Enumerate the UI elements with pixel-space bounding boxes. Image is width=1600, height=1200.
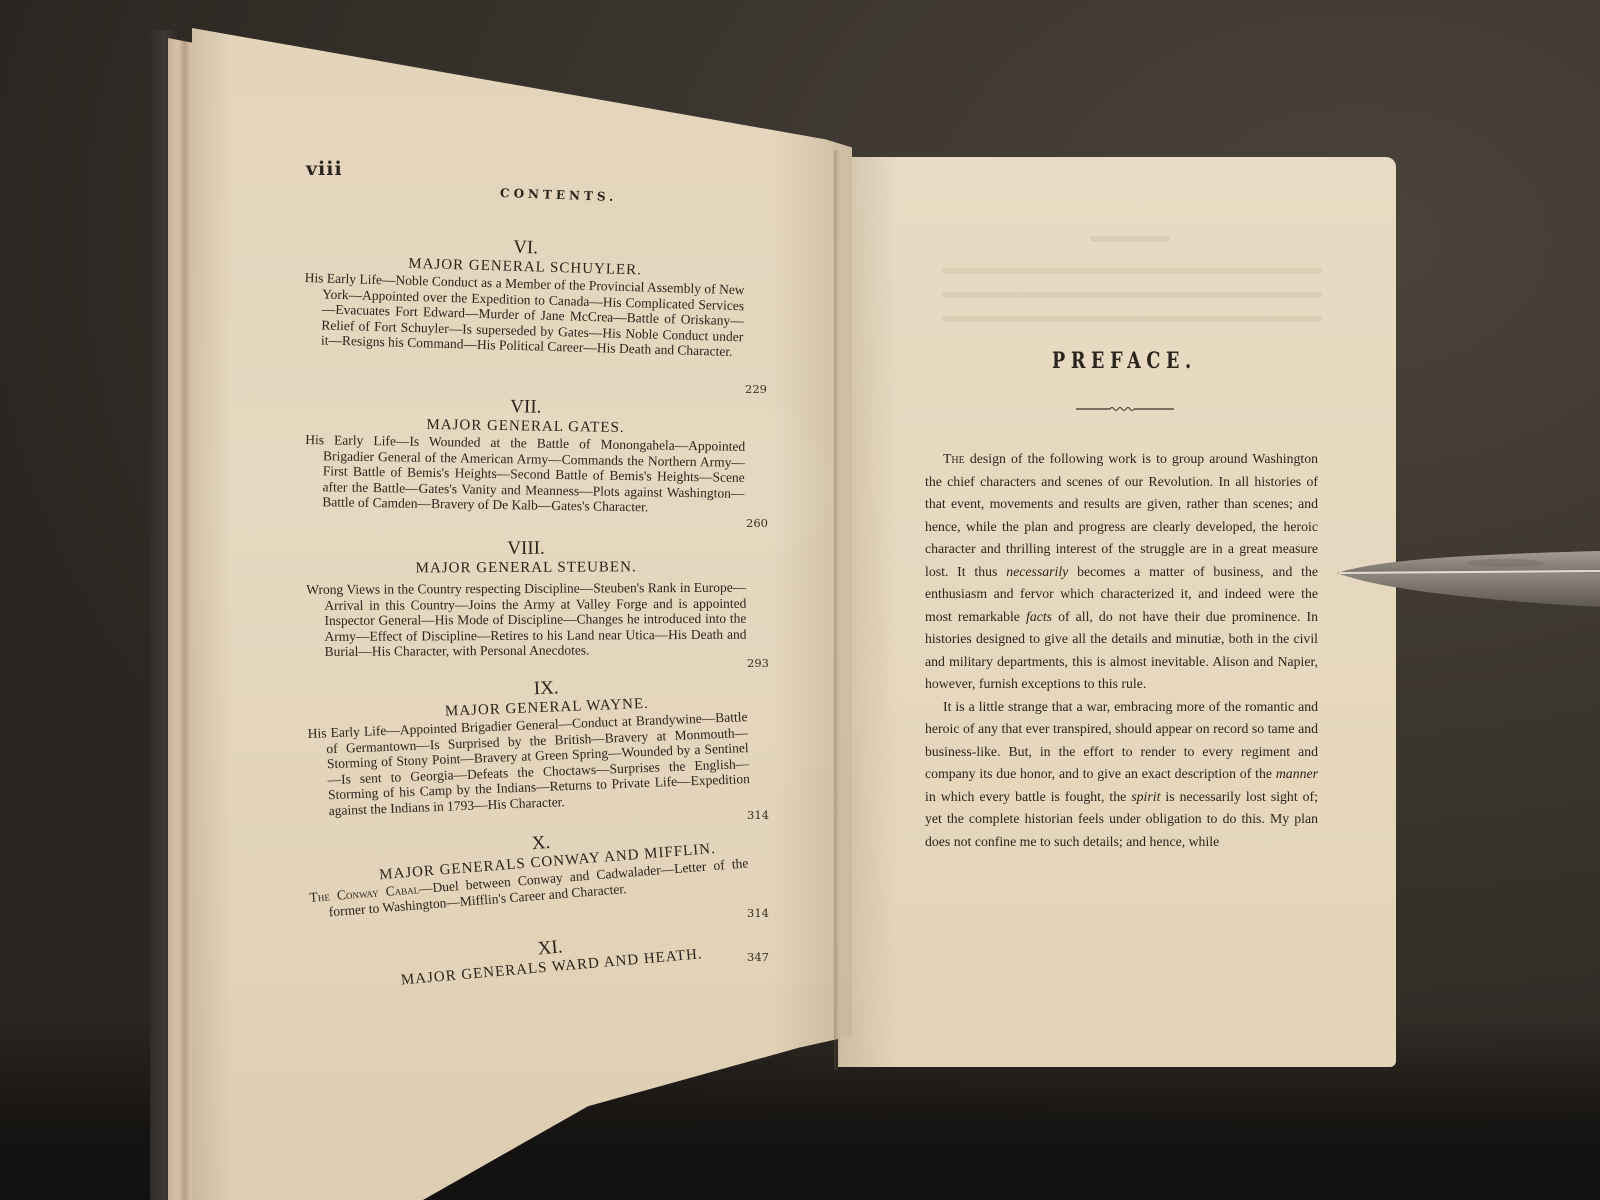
text-run: in which every battle is fought, the: [925, 789, 1131, 804]
toc-page-number: 260: [746, 516, 768, 530]
italic-run: spirit: [1131, 789, 1160, 804]
show-through-text: [942, 316, 1322, 322]
italic-run: manner: [1276, 766, 1318, 781]
chapter-summary: His Early Life—Appointed Brigadier Gener…: [307, 709, 750, 819]
preface-title: PREFACE.: [1052, 348, 1197, 374]
toc-page-number: 293: [747, 656, 769, 670]
preface-paragraph-2: It is a little strange that a war, embra…: [925, 696, 1318, 854]
chapter-numeral: VIII.: [306, 538, 746, 560]
show-through-text: [942, 268, 1322, 274]
preface-body: The design of the following work is to g…: [925, 448, 1318, 853]
show-through-text: [1090, 236, 1170, 242]
toc-chapter-viii: VIII. MAJOR GENERAL STEUBEN. Wrong Views…: [306, 538, 747, 660]
chapter-heading: MAJOR GENERAL STEUBEN.: [306, 558, 746, 578]
chapter-summary: His Early Life—Is Wounded at the Battle …: [304, 432, 745, 516]
toc-chapter-vii: VII. MAJOR GENERAL GATES. His Early Life…: [304, 394, 746, 516]
knife-blade-icon: [1335, 549, 1600, 611]
italic-run: facts: [1026, 609, 1052, 624]
toc-page-number: 314: [747, 808, 769, 822]
text-run: It is a little strange that a war, embra…: [925, 699, 1318, 782]
show-through-text: [942, 292, 1322, 298]
toc-chapter-ix: IX. MAJOR GENERAL WAYNE. His Early Life—…: [306, 671, 751, 819]
chapter-summary: His Early Life—Noble Conduct as a Member…: [303, 270, 745, 360]
page-number-folio: viii: [306, 158, 343, 180]
italic-run: necessarily: [1006, 564, 1068, 579]
toc-page-number: 314: [747, 906, 769, 920]
book-gutter: [834, 150, 840, 1070]
ornament-rule-icon: [1076, 403, 1174, 415]
toc-page-number: 229: [745, 382, 767, 396]
toc-chapter-vi: VI. MAJOR GENERAL SCHUYLER. His Early Li…: [303, 232, 746, 360]
toc-page-number: 347: [747, 950, 769, 964]
chapter-summary: Wrong Views in the Country respecting Di…: [306, 580, 746, 660]
drop-lead-word: The: [943, 451, 965, 466]
preface-paragraph-1: The design of the following work is to g…: [925, 448, 1318, 696]
text-run: design of the following work is to group…: [925, 451, 1318, 579]
